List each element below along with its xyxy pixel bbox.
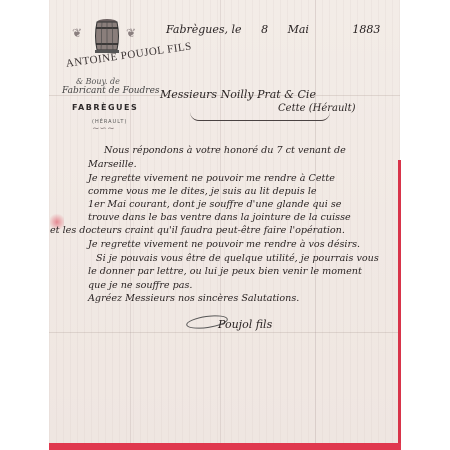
barrel-icon bbox=[92, 18, 122, 54]
body-line: et les docteurs craint qu'il faudra peut… bbox=[50, 225, 345, 236]
address-flourish bbox=[190, 112, 330, 121]
body-line: que je ne souffre pas. bbox=[88, 280, 192, 291]
body-line: comme vous me le dites, je suis au lit d… bbox=[88, 186, 317, 197]
body-line: Je regrette vivement ne pouvoir me rendr… bbox=[88, 239, 360, 250]
firm-town: FABRÈGUES bbox=[72, 103, 138, 112]
red-edge-right bbox=[398, 160, 401, 450]
date-place: Fabrègues, le bbox=[166, 23, 242, 36]
firm-subline: & Bouy. de bbox=[76, 77, 120, 86]
addressee-line-1: Messieurs Noilly Prat & Cie bbox=[160, 88, 316, 101]
dateline: Fabrègues, le 8 Mai 1883 bbox=[166, 23, 396, 36]
fold-line bbox=[49, 332, 400, 333]
date-year: 1883 bbox=[352, 23, 380, 36]
date-day: 8 bbox=[261, 23, 268, 36]
body-line: le donner par lettre, ou lui je peux bie… bbox=[88, 266, 362, 277]
ornament-icon: ❦ bbox=[72, 26, 82, 40]
body-line: Marseille. bbox=[88, 159, 137, 170]
body-line: Agréez Messieurs nos sincères Salutation… bbox=[88, 293, 299, 304]
body-line: Nous répondons à votre honoré du 7 ct ve… bbox=[104, 145, 346, 156]
date-month: Mai bbox=[288, 23, 309, 36]
ornament-icon: ~∽~ bbox=[92, 124, 115, 134]
firm-trade: Fabricant de Foudres bbox=[62, 86, 160, 96]
red-edge-bottom bbox=[49, 443, 401, 450]
body-line: Si je pouvais vous être de quelque utili… bbox=[96, 253, 379, 264]
ornament-icon: ❦ bbox=[126, 26, 136, 40]
body-line: Je regrette vivement ne pouvoir me rendr… bbox=[88, 173, 335, 184]
body-line: 1er Mai courant, dont je souffre d'une g… bbox=[88, 199, 341, 210]
signature: Poujol fils bbox=[218, 318, 272, 331]
body-line: trouve dans le bas ventre dans la jointu… bbox=[88, 212, 351, 223]
